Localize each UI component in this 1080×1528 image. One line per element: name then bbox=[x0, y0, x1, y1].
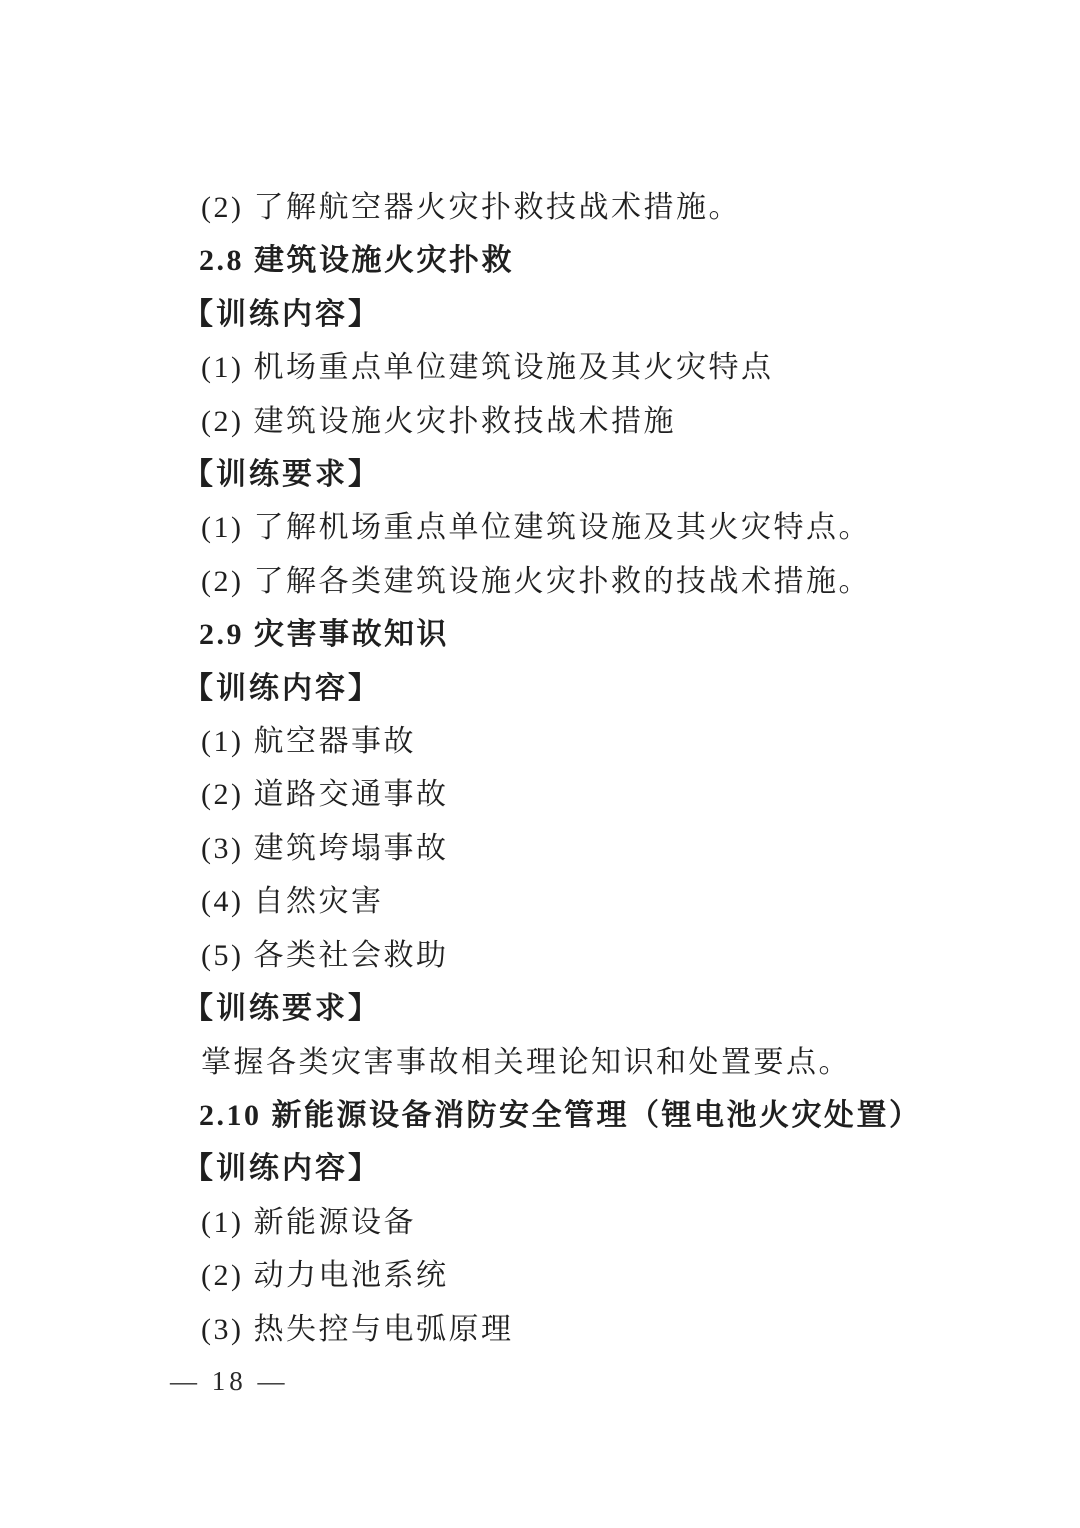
body-line: (2) 动力电池系统 bbox=[0, 1249, 1080, 1302]
section-heading: 2.9 灾害事故知识 bbox=[0, 608, 1080, 661]
training-content-label: 【训练内容】 bbox=[0, 662, 1080, 715]
section-heading: 2.10 新能源设备消防安全管理（锂电池火灾处置） bbox=[0, 1089, 1080, 1142]
document-page: (2) 了解航空器火灾扑救技战术措施。 2.8 建筑设施火灾扑救 【训练内容】 … bbox=[0, 0, 1080, 1528]
body-line: (1) 新能源设备 bbox=[0, 1196, 1080, 1249]
body-line: (2) 建筑设施火灾扑救技战术措施 bbox=[0, 395, 1080, 448]
training-requirement-label: 【训练要求】 bbox=[0, 982, 1080, 1035]
body-line: (2) 道路交通事故 bbox=[0, 768, 1080, 821]
training-content-label: 【训练内容】 bbox=[0, 288, 1080, 341]
body-line: (5) 各类社会救助 bbox=[0, 929, 1080, 982]
body-line: (2) 了解航空器火灾扑救技战术措施。 bbox=[0, 181, 1080, 234]
training-requirement-label: 【训练要求】 bbox=[0, 448, 1080, 501]
page-number-footer: — 18 — bbox=[170, 1366, 289, 1397]
section-heading: 2.8 建筑设施火灾扑救 bbox=[0, 234, 1080, 287]
body-line: 掌握各类灾害事故相关理论知识和处置要点。 bbox=[0, 1036, 1080, 1089]
body-line: (2) 了解各类建筑设施火灾扑救的技战术措施。 bbox=[0, 555, 1080, 608]
training-content-label: 【训练内容】 bbox=[0, 1142, 1080, 1195]
body-line: (4) 自然灾害 bbox=[0, 875, 1080, 928]
body-line: (1) 了解机场重点单位建筑设施及其火灾特点。 bbox=[0, 501, 1080, 554]
body-line: (1) 机场重点单位建筑设施及其火灾特点 bbox=[0, 341, 1080, 394]
body-line: (3) 建筑垮塌事故 bbox=[0, 822, 1080, 875]
document-body: (2) 了解航空器火灾扑救技战术措施。 2.8 建筑设施火灾扑救 【训练内容】 … bbox=[0, 181, 1080, 1356]
body-line: (1) 航空器事故 bbox=[0, 715, 1080, 768]
body-line: (3) 热失控与电弧原理 bbox=[0, 1303, 1080, 1356]
